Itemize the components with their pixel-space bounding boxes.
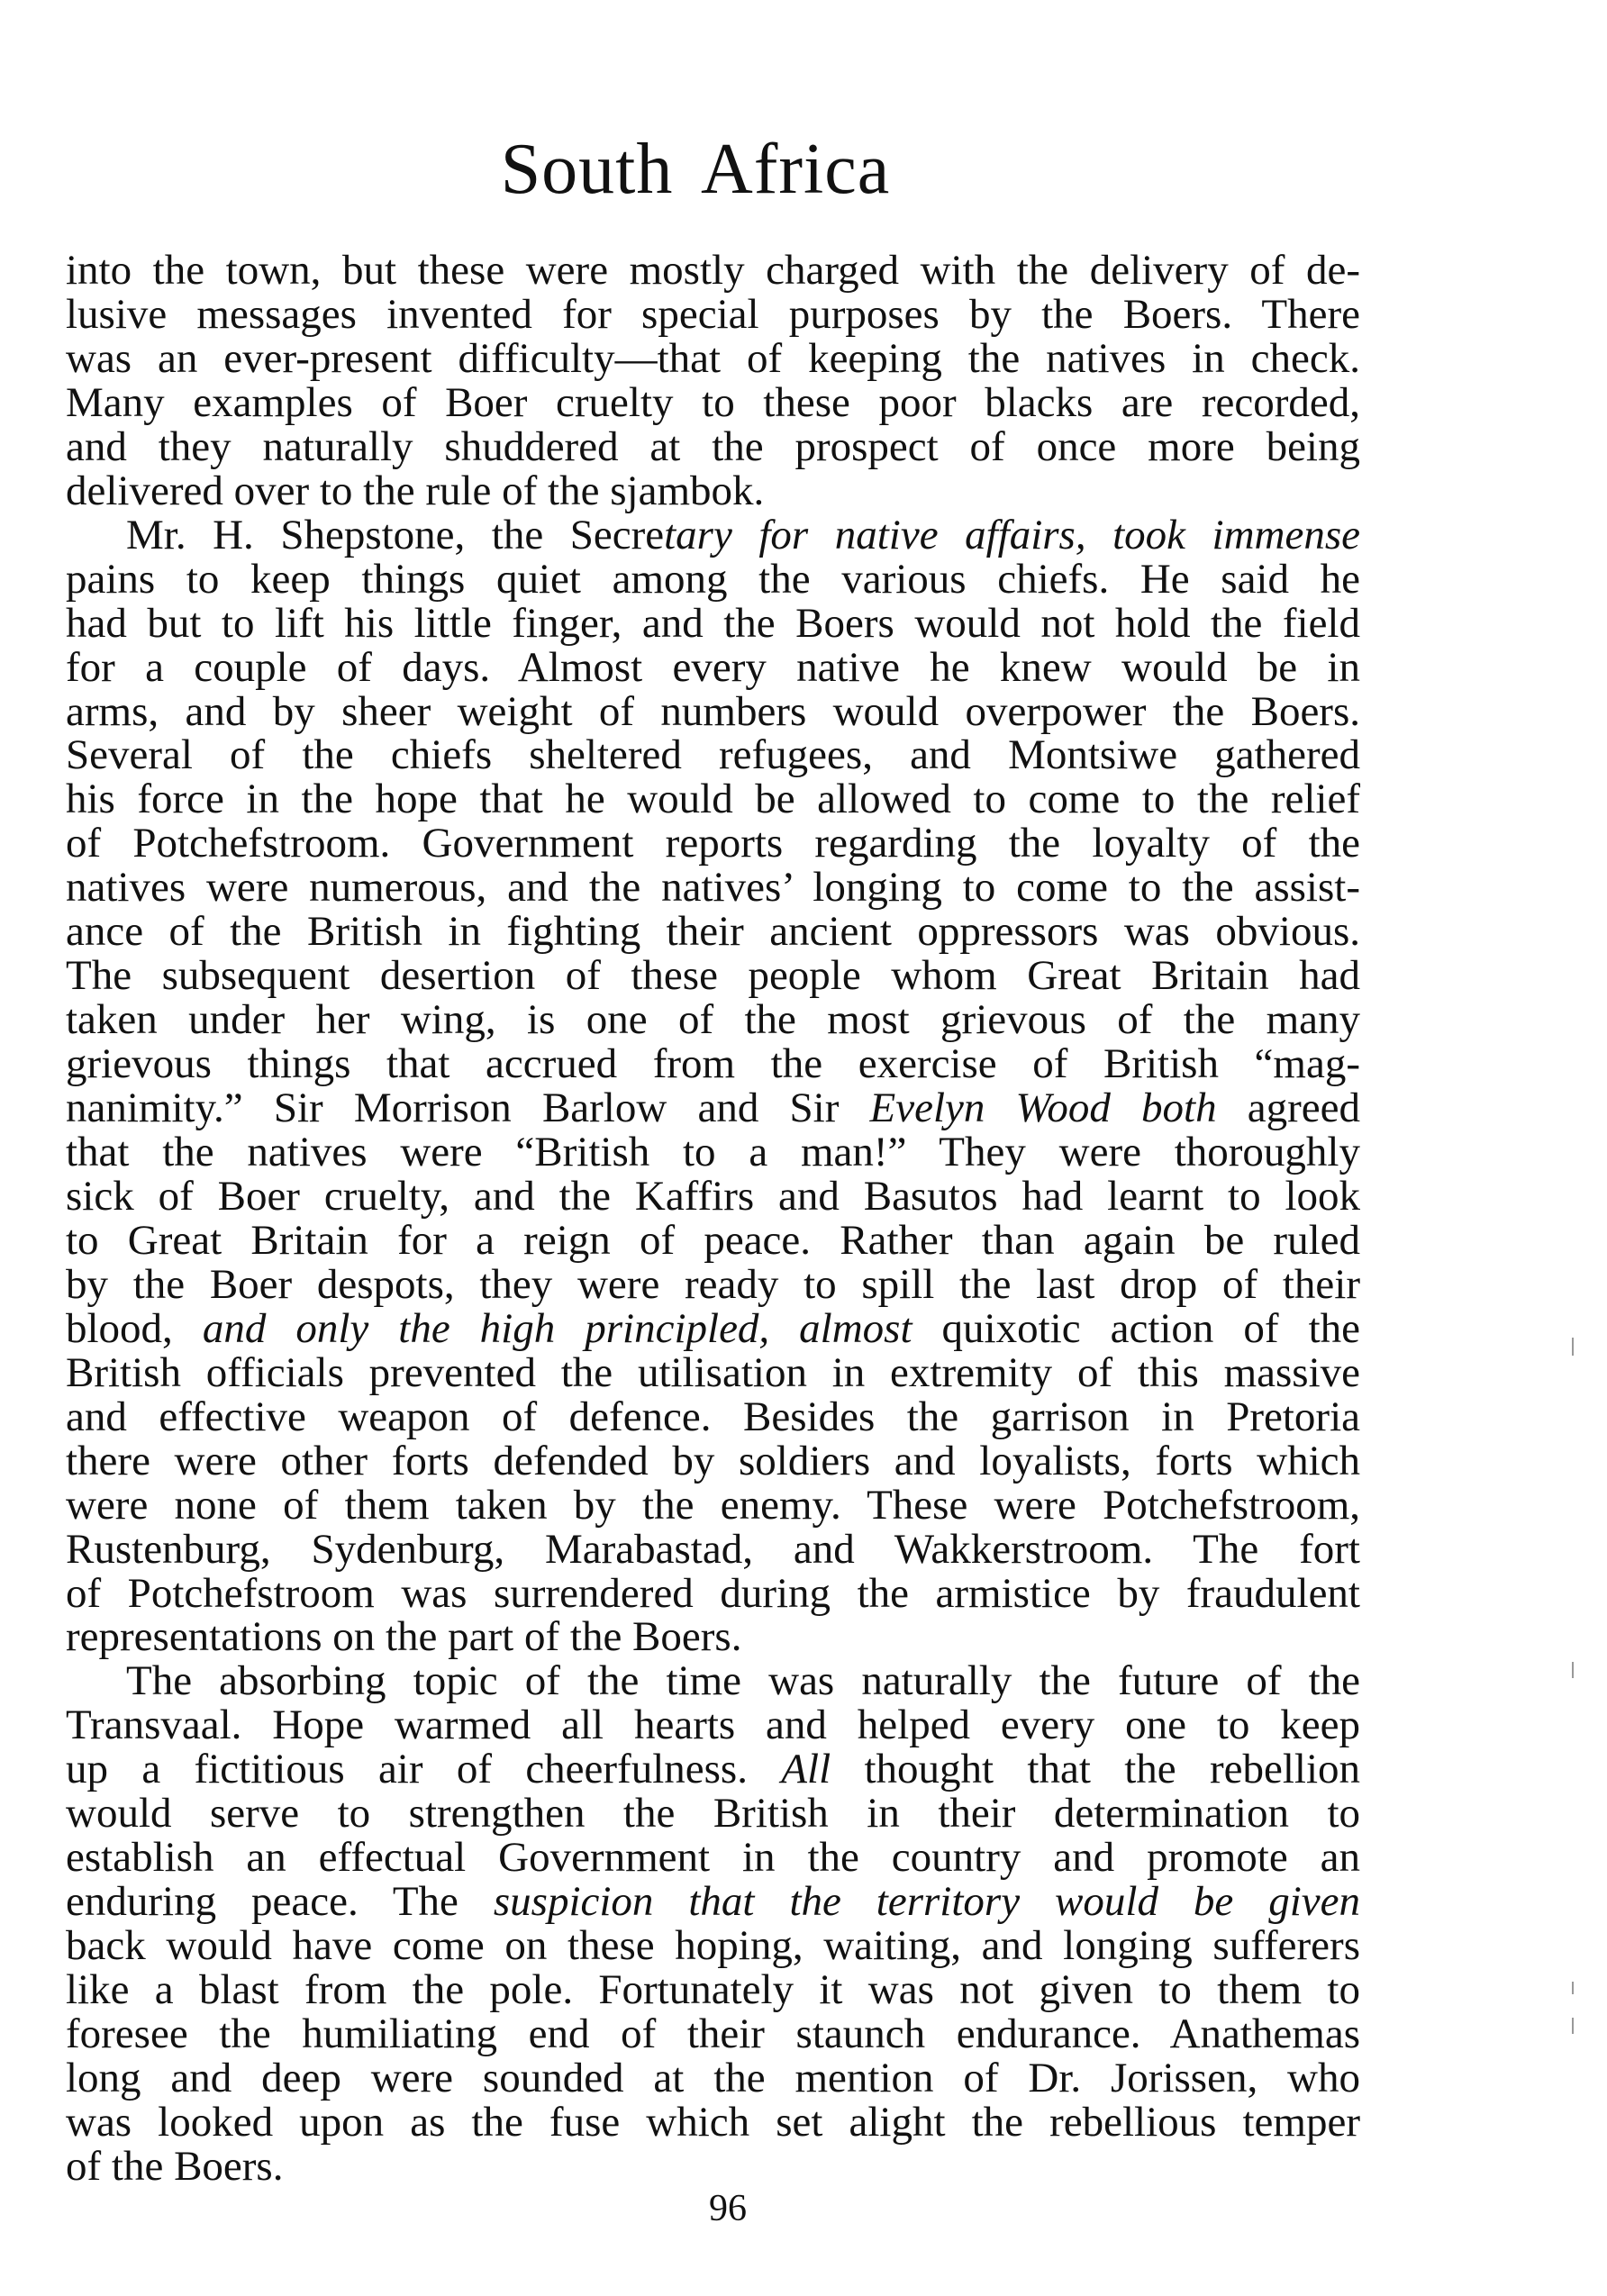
text-line: were none of them taken by the enemy. Th… — [66, 1484, 1360, 1528]
text-line: up a fictitious air of cheerfulness. All… — [66, 1747, 1360, 1792]
text-line-content: were none of them taken by the enemy. Th… — [66, 1482, 1360, 1529]
text-line-content: taken under her wing, is one of the most… — [66, 996, 1360, 1043]
text-line-italic: Evelyn Wood both — [870, 1084, 1217, 1131]
text-line-content: there were other forts defended by soldi… — [66, 1438, 1360, 1484]
text-line-content: Transvaal. Hope warmed all hearts and he… — [66, 1702, 1360, 1748]
text-line-content: lusive messages invented for special pur… — [66, 291, 1360, 338]
text-line: and they naturally shuddered at the pros… — [66, 425, 1360, 469]
text-line: back would have come on these hoping, wa… — [66, 1924, 1360, 1968]
text-line-italic: tary for native affairs, took immense — [664, 512, 1360, 558]
text-line: like a blast from the pole. Fortunately … — [66, 1968, 1360, 2012]
text-line: delivered over to the rule of the sjambo… — [66, 469, 1360, 513]
text-line-content: thought that the rebellion — [831, 1746, 1360, 1792]
text-line-content: pains to keep things quiet among the var… — [66, 556, 1360, 603]
text-line-content: ance of the British in fighting their an… — [66, 908, 1360, 955]
text-line: of the Boers. — [66, 2145, 1360, 2189]
text-line: long and deep were sounded at the mentio… — [66, 2056, 1360, 2101]
text-line: foresee the humiliating end of their sta… — [66, 2012, 1360, 2056]
text-line-content: back would have come on these hoping, wa… — [66, 1922, 1360, 1969]
text-line-content: delivered over to the rule of the sjambo… — [66, 467, 764, 514]
text-line-content: of Potchefstroom. Government reports reg… — [66, 820, 1360, 867]
text-line-content: had but to lift his little finger, and t… — [66, 600, 1360, 647]
book-page: South Africa into the town, but these we… — [0, 0, 1607, 2296]
text-line-content: The absorbing topic of the time was natu… — [126, 1657, 1360, 1704]
text-line: Mr. H. Shepstone, the Secretary for nati… — [126, 513, 1360, 558]
text-line-content: and effective weapon of defence. Besides… — [66, 1393, 1360, 1440]
text-line: establish an effectual Government in the… — [66, 1836, 1360, 1880]
text-line: for a couple of days. Almost every nativ… — [66, 646, 1360, 690]
text-line-content: The subsequent desertion of these people… — [66, 952, 1360, 999]
body-text: into the town, but these were mostly cha… — [0, 0, 1607, 2296]
text-line-content: would serve to strengthen the British in… — [66, 1790, 1360, 1837]
text-line-content: by the Boer despots, they were ready to … — [66, 1261, 1360, 1308]
text-line: of Potchefstroom. Government reports reg… — [66, 821, 1360, 866]
text-line-content: Rustenburg, Sydenburg, Marabastad, and W… — [66, 1526, 1360, 1573]
text-line: pains to keep things quiet among the var… — [66, 558, 1360, 602]
text-line: Several of the chiefs sheltered refugees… — [66, 733, 1360, 777]
text-line-content: Several of the chiefs sheltered refugees… — [66, 731, 1360, 778]
scan-artifact-mark — [1572, 2018, 1574, 2034]
text-line: grievous things that accrued from the ex… — [66, 1042, 1360, 1086]
text-line-content: representations on the part of the Boers… — [66, 1613, 741, 1660]
text-line: by the Boer despots, they were ready to … — [66, 1263, 1360, 1307]
text-line: sick of Boer cruelty, and the Kaffirs an… — [66, 1175, 1360, 1219]
text-line-italic: All — [781, 1746, 831, 1792]
text-line-content: foresee the humiliating end of their sta… — [66, 2010, 1360, 2057]
text-line-content: sick of Boer cruelty, and the Kaffirs an… — [66, 1173, 1360, 1220]
text-line: ance of the British in fighting their an… — [66, 910, 1360, 954]
page-number: 96 — [0, 2187, 1607, 2230]
text-line-content: of Potchefstroom was surrendered during … — [66, 1570, 1360, 1617]
text-line-content: and they naturally shuddered at the pros… — [66, 423, 1360, 470]
text-line: to Great Britain for a reign of peace. R… — [66, 1219, 1360, 1263]
text-line: would serve to strengthen the British in… — [66, 1792, 1360, 1836]
text-line-content: for a couple of days. Almost every nativ… — [66, 644, 1360, 691]
text-line-italic: and only the high principled, almost — [203, 1305, 912, 1352]
text-line-content: his force in the hope that he would be a… — [66, 776, 1360, 822]
text-line: The absorbing topic of the time was natu… — [126, 1659, 1360, 1703]
text-line-content: like a blast from the pole. Fortunately … — [66, 1966, 1360, 2013]
text-line-content: Many examples of Boer cruelty to these p… — [66, 379, 1360, 426]
scan-artifact-mark — [1572, 1982, 1574, 1994]
text-line-content: was an ever-present difficulty—that of k… — [66, 335, 1360, 382]
text-line: representations on the part of the Boers… — [66, 1615, 1360, 1659]
text-line-content: was looked upon as the fuse which set al… — [66, 2099, 1360, 2146]
text-line: that the natives were “British to a man!… — [66, 1130, 1360, 1175]
text-line-content: up a fictitious air of cheerfulness. — [66, 1746, 781, 1792]
text-line: nanimity.” Sir Morrison Barlow and Sir E… — [66, 1086, 1360, 1130]
scan-artifact-mark — [1572, 1338, 1574, 1356]
text-line-content: long and deep were sounded at the mentio… — [66, 2055, 1360, 2101]
text-line-italic: suspicion that the territory would be gi… — [494, 1878, 1360, 1925]
text-line: blood, and only the high principled, alm… — [66, 1307, 1360, 1351]
page-number-text: 96 — [709, 2188, 747, 2229]
text-line-content: grievous things that accrued from the ex… — [66, 1040, 1360, 1087]
text-line-content: quixotic action of the — [912, 1305, 1360, 1352]
text-line-content: British officials prevented the utilisat… — [66, 1349, 1360, 1396]
text-line-content: nanimity.” Sir Morrison Barlow and Sir — [66, 1084, 870, 1131]
text-line: and effective weapon of defence. Besides… — [66, 1395, 1360, 1439]
text-line-content: arms, and by sheer weight of numbers wou… — [66, 688, 1360, 735]
text-line: taken under her wing, is one of the most… — [66, 998, 1360, 1042]
text-line-content: establish an effectual Government in the… — [66, 1834, 1360, 1881]
text-line-content: to Great Britain for a reign of peace. R… — [66, 1217, 1360, 1264]
text-line: Many examples of Boer cruelty to these p… — [66, 381, 1360, 425]
text-line-content: natives were numerous, and the natives’ … — [66, 864, 1360, 911]
text-line-content: into the town, but these were mostly cha… — [66, 247, 1360, 294]
text-line: had but to lift his little finger, and t… — [66, 602, 1360, 646]
text-line: of Potchefstroom was surrendered during … — [66, 1572, 1360, 1616]
text-line: British officials prevented the utilisat… — [66, 1351, 1360, 1395]
scan-artifact-mark — [1572, 1662, 1574, 1678]
text-line: natives were numerous, and the natives’ … — [66, 866, 1360, 910]
text-line-content: of the Boers. — [66, 2143, 283, 2190]
text-line: Transvaal. Hope warmed all hearts and he… — [66, 1703, 1360, 1747]
text-line-content: agreed — [1217, 1084, 1360, 1131]
text-line: into the town, but these were mostly cha… — [66, 249, 1360, 293]
text-line: was looked upon as the fuse which set al… — [66, 2101, 1360, 2145]
text-line: enduring peace. The suspicion that the t… — [66, 1880, 1360, 1924]
text-line: was an ever-present difficulty—that of k… — [66, 337, 1360, 381]
text-line: The subsequent desertion of these people… — [66, 954, 1360, 998]
text-line: there were other forts defended by soldi… — [66, 1439, 1360, 1484]
text-line: Rustenburg, Sydenburg, Marabastad, and W… — [66, 1528, 1360, 1572]
text-line-content: Mr. H. Shepstone, the Secre — [126, 512, 664, 558]
text-line: arms, and by sheer weight of numbers wou… — [66, 690, 1360, 734]
text-line-content: enduring peace. The — [66, 1878, 494, 1925]
text-line: his force in the hope that he would be a… — [66, 777, 1360, 821]
text-line-content: blood, — [66, 1305, 203, 1352]
text-line-content: that the natives were “British to a man!… — [66, 1129, 1360, 1175]
text-line: lusive messages invented for special pur… — [66, 293, 1360, 337]
